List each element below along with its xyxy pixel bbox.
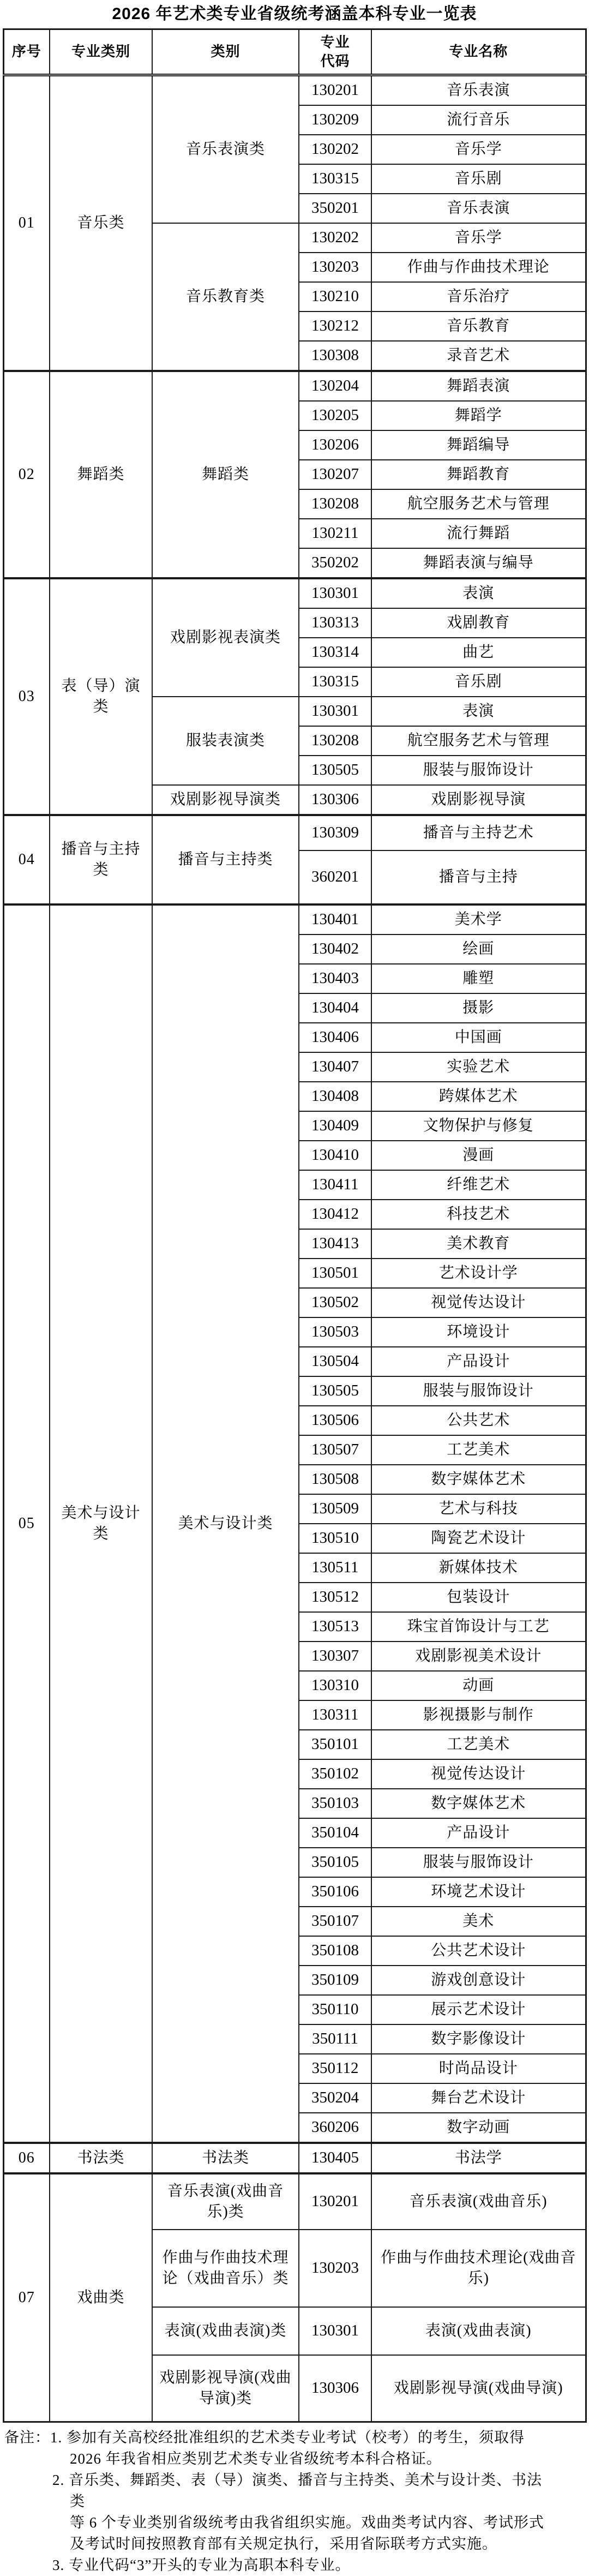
major-name-cell: 舞蹈编导 bbox=[371, 430, 586, 460]
major-code-cell: 350106 bbox=[299, 1877, 371, 1907]
major-code-cell: 130408 bbox=[299, 1082, 371, 1111]
major-code-cell: 350108 bbox=[299, 1936, 371, 1966]
major-code-cell: 350204 bbox=[299, 2083, 371, 2113]
major-name-cell: 音乐学 bbox=[371, 223, 586, 253]
major-code-cell: 130507 bbox=[299, 1435, 371, 1465]
major-name-cell: 艺术与科技 bbox=[371, 1494, 586, 1524]
major-code-cell: 130306 bbox=[299, 2355, 371, 2422]
major-name-cell: 航空服务艺术与管理 bbox=[371, 726, 586, 756]
major-code-cell: 130512 bbox=[299, 1583, 371, 1612]
major-name-cell: 音乐学 bbox=[371, 135, 586, 164]
table-body: 01音乐类音乐表演类130201音乐表演130209流行音乐130202音乐学1… bbox=[3, 75, 586, 2422]
major-name-cell: 录音艺术 bbox=[371, 341, 586, 371]
major-name-cell: 雕塑 bbox=[371, 964, 586, 993]
major-code-cell: 130511 bbox=[299, 1553, 371, 1583]
major-code-cell: 350107 bbox=[299, 1907, 371, 1936]
category-cell: 表（导）演类 bbox=[50, 578, 152, 815]
category-cell: 书法类 bbox=[50, 2143, 152, 2173]
section-index-cell: 07 bbox=[3, 2173, 50, 2422]
subcategory-cell: 作曲与作曲技术理论（戏曲音乐）类 bbox=[152, 2230, 299, 2307]
major-name-cell: 服装与服饰设计 bbox=[371, 756, 586, 785]
major-code-cell: 350109 bbox=[299, 1966, 371, 1995]
major-name-cell: 数字动画 bbox=[371, 2113, 586, 2143]
major-code-cell: 130506 bbox=[299, 1406, 371, 1435]
major-name-cell: 视觉传达设计 bbox=[371, 1288, 586, 1317]
major-code-cell: 130404 bbox=[299, 993, 371, 1023]
major-code-cell: 360201 bbox=[299, 850, 371, 904]
major-code-cell: 130309 bbox=[299, 815, 371, 850]
major-code-cell: 130505 bbox=[299, 1376, 371, 1406]
major-code-cell: 130402 bbox=[299, 934, 371, 964]
major-code-cell: 130411 bbox=[299, 1170, 371, 1200]
major-name-cell: 时尚品设计 bbox=[371, 2054, 586, 2083]
major-name-cell: 美术教育 bbox=[371, 1229, 586, 1259]
major-code-cell: 130202 bbox=[299, 135, 371, 164]
major-code-cell: 130301 bbox=[299, 578, 371, 608]
major-code-cell: 130508 bbox=[299, 1465, 371, 1494]
major-name-cell: 流行舞蹈 bbox=[371, 519, 586, 548]
table-row: 07戏曲类音乐表演(戏曲音乐)类130201音乐表演(戏曲音乐) bbox=[3, 2173, 586, 2230]
major-name-cell: 戏剧影视导演 bbox=[371, 785, 586, 815]
major-name-cell: 游戏创意设计 bbox=[371, 1966, 586, 1995]
major-code-cell: 130510 bbox=[299, 1524, 371, 1553]
subcategory-cell: 戏剧影视导演(戏曲导演)类 bbox=[152, 2355, 299, 2422]
major-name-cell: 音乐治疗 bbox=[371, 282, 586, 311]
major-name-cell: 新媒体技术 bbox=[371, 1553, 586, 1583]
page-title: 2026 年艺术类专业省级统考涵盖本科专业一览表 bbox=[0, 3, 589, 25]
major-code-cell: 130412 bbox=[299, 1200, 371, 1229]
major-name-cell: 环境设计 bbox=[371, 1317, 586, 1347]
major-code-cell: 350104 bbox=[299, 1818, 371, 1848]
major-code-cell: 130513 bbox=[299, 1612, 371, 1642]
major-code-cell: 350110 bbox=[299, 1995, 371, 2024]
major-name-cell: 舞蹈表演与编导 bbox=[371, 548, 586, 578]
note-line: 备注：1. 参加有关高校经批准组织的艺术类专业考试（校考）的考生，须取得 bbox=[3, 2427, 586, 2448]
note-line: 2. 音乐类、舞蹈类、表（导）演类、播音与主持类、美术与设计类、书法 bbox=[3, 2470, 586, 2491]
major-name-cell: 音乐表演 bbox=[371, 194, 586, 223]
section-index-cell: 04 bbox=[3, 815, 50, 904]
major-code-cell: 350111 bbox=[299, 2024, 371, 2054]
major-code-cell: 130301 bbox=[299, 2307, 371, 2355]
note-line: 类 bbox=[3, 2491, 586, 2512]
major-code-cell: 130201 bbox=[299, 2173, 371, 2230]
major-code-cell: 130413 bbox=[299, 1229, 371, 1259]
header-category: 专业类别 bbox=[50, 29, 152, 75]
major-name-cell: 作曲与作曲技术理论 bbox=[371, 253, 586, 282]
major-code-cell: 130308 bbox=[299, 341, 371, 371]
major-name-cell: 实验艺术 bbox=[371, 1052, 586, 1082]
major-code-cell: 130311 bbox=[299, 1700, 371, 1730]
major-name-cell: 数字影像设计 bbox=[371, 2024, 586, 2054]
section-index-cell: 06 bbox=[3, 2143, 50, 2173]
subcategory-cell: 戏剧影视表演类 bbox=[152, 578, 299, 697]
major-name-cell: 音乐剧 bbox=[371, 164, 586, 194]
subcategory-cell: 美术与设计类 bbox=[152, 904, 299, 2143]
major-code-cell: 130313 bbox=[299, 608, 371, 638]
major-name-cell: 美术 bbox=[371, 1907, 586, 1936]
subcategory-cell: 戏剧影视导演类 bbox=[152, 785, 299, 815]
major-name-cell: 音乐剧 bbox=[371, 667, 586, 697]
section-index-cell: 05 bbox=[3, 904, 50, 2143]
major-name-cell: 文物保护与修复 bbox=[371, 1111, 586, 1141]
major-name-cell: 工艺美术 bbox=[371, 1435, 586, 1465]
major-name-cell: 环境艺术设计 bbox=[371, 1877, 586, 1907]
subcategory-cell: 音乐表演(戏曲音乐)类 bbox=[152, 2173, 299, 2230]
subcategory-cell: 服装表演类 bbox=[152, 697, 299, 785]
table-row: 05美术与设计类美术与设计类130401美术学 bbox=[3, 904, 586, 934]
major-name-cell: 跨媒体艺术 bbox=[371, 1082, 586, 1111]
major-code-cell: 130204 bbox=[299, 371, 371, 401]
major-name-cell: 纤维艺术 bbox=[371, 1170, 586, 1200]
major-code-cell: 130212 bbox=[299, 311, 371, 341]
major-code-cell: 350101 bbox=[299, 1730, 371, 1759]
major-name-cell: 服装与服饰设计 bbox=[371, 1848, 586, 1877]
major-name-cell: 漫画 bbox=[371, 1141, 586, 1170]
header-subcategory: 类别 bbox=[152, 29, 299, 75]
major-code-cell: 130203 bbox=[299, 253, 371, 282]
major-code-cell: 130206 bbox=[299, 430, 371, 460]
major-name-cell: 表演 bbox=[371, 578, 586, 608]
major-name-cell: 流行音乐 bbox=[371, 105, 586, 135]
category-cell: 音乐类 bbox=[50, 75, 152, 372]
major-name-cell: 舞蹈表演 bbox=[371, 371, 586, 401]
note-line: 3. 专业代码“3”开头的专业为高职本科专业。 bbox=[3, 2555, 586, 2576]
major-code-cell: 130208 bbox=[299, 726, 371, 756]
major-code-cell: 130315 bbox=[299, 164, 371, 194]
header-index: 序号 bbox=[3, 29, 50, 75]
category-cell: 美术与设计类 bbox=[50, 904, 152, 2143]
major-name-cell: 公共艺术设计 bbox=[371, 1936, 586, 1966]
major-code-cell: 130307 bbox=[299, 1642, 371, 1671]
table-header-row: 序号 专业类别 类别 专业 代码 专业名称 bbox=[3, 29, 586, 75]
subcategory-cell: 表演(戏曲表演)类 bbox=[152, 2307, 299, 2355]
note-line: 2026 年我省相应类别艺术类专业省级统考本科合格证。 bbox=[3, 2448, 586, 2470]
major-code-cell: 130207 bbox=[299, 460, 371, 489]
major-name-cell: 工艺美术 bbox=[371, 1730, 586, 1759]
major-name-cell: 中国画 bbox=[371, 1023, 586, 1052]
header-code: 专业 代码 bbox=[299, 29, 371, 75]
major-code-cell: 130202 bbox=[299, 223, 371, 253]
major-code-cell: 130210 bbox=[299, 282, 371, 311]
major-code-cell: 130203 bbox=[299, 2230, 371, 2307]
major-name-cell: 书法学 bbox=[371, 2143, 586, 2173]
document-page: 2026 年艺术类专业省级统考涵盖本科专业一览表 序号 专业类别 类别 专业 代… bbox=[0, 0, 589, 2576]
major-name-cell: 产品设计 bbox=[371, 1347, 586, 1376]
major-code-cell: 130310 bbox=[299, 1671, 371, 1700]
major-code-cell: 130211 bbox=[299, 519, 371, 548]
major-name-cell: 绘画 bbox=[371, 934, 586, 964]
major-code-cell: 350102 bbox=[299, 1759, 371, 1789]
major-name-cell: 音乐表演 bbox=[371, 75, 586, 106]
major-name-cell: 美术学 bbox=[371, 904, 586, 934]
major-code-cell: 130403 bbox=[299, 964, 371, 993]
major-code-cell: 130501 bbox=[299, 1259, 371, 1288]
major-code-cell: 130306 bbox=[299, 785, 371, 815]
major-name-cell: 产品设计 bbox=[371, 1818, 586, 1848]
table-row: 03表（导）演类戏剧影视表演类130301表演 bbox=[3, 578, 586, 608]
table-row: 06书法类书法类130405书法学 bbox=[3, 2143, 586, 2173]
major-name-cell: 播音与主持 bbox=[371, 850, 586, 904]
major-code-cell: 130509 bbox=[299, 1494, 371, 1524]
table-row: 02舞蹈类舞蹈类130204舞蹈表演 bbox=[3, 371, 586, 401]
subcategory-cell: 音乐表演类 bbox=[152, 75, 299, 224]
major-code-cell: 130208 bbox=[299, 489, 371, 519]
major-name-cell: 表演(戏曲表演) bbox=[371, 2307, 586, 2355]
section-index-cell: 03 bbox=[3, 578, 50, 815]
major-name-cell: 服装与服饰设计 bbox=[371, 1376, 586, 1406]
major-name-cell: 舞蹈学 bbox=[371, 401, 586, 430]
major-code-cell: 130410 bbox=[299, 1141, 371, 1170]
category-cell: 舞蹈类 bbox=[50, 371, 152, 578]
table-row: 01音乐类音乐表演类130201音乐表演 bbox=[3, 75, 586, 106]
major-name-cell: 音乐教育 bbox=[371, 311, 586, 341]
major-name-cell: 珠宝首饰设计与工艺 bbox=[371, 1612, 586, 1642]
major-code-cell: 350201 bbox=[299, 194, 371, 223]
note-line: 等 6 个专业类别省级统考由我省组织实施。戏曲类考试内容、考试形式 bbox=[3, 2512, 586, 2533]
major-name-cell: 公共艺术 bbox=[371, 1406, 586, 1435]
major-name-cell: 数字媒体艺术 bbox=[371, 1789, 586, 1818]
section-index-cell: 01 bbox=[3, 75, 50, 372]
header-name: 专业名称 bbox=[371, 29, 586, 75]
major-code-cell: 130205 bbox=[299, 401, 371, 430]
subcategory-cell: 书法类 bbox=[152, 2143, 299, 2173]
major-code-cell: 130314 bbox=[299, 638, 371, 667]
major-code-cell: 130502 bbox=[299, 1288, 371, 1317]
major-name-cell: 视觉传达设计 bbox=[371, 1759, 586, 1789]
subcategory-cell: 舞蹈类 bbox=[152, 371, 299, 578]
major-name-cell: 展示艺术设计 bbox=[371, 1995, 586, 2024]
major-code-cell: 130504 bbox=[299, 1347, 371, 1376]
major-code-cell: 130409 bbox=[299, 1111, 371, 1141]
major-code-cell: 130301 bbox=[299, 697, 371, 726]
major-code-cell: 130315 bbox=[299, 667, 371, 697]
major-name-cell: 摄影 bbox=[371, 993, 586, 1023]
major-name-cell: 舞台艺术设计 bbox=[371, 2083, 586, 2113]
table-row: 04播音与主持类播音与主持类130309播音与主持艺术 bbox=[3, 815, 586, 850]
major-name-cell: 作曲与作曲技术理论(戏曲音乐) bbox=[371, 2230, 586, 2307]
major-name-cell: 数字媒体艺术 bbox=[371, 1465, 586, 1494]
major-code-cell: 350202 bbox=[299, 548, 371, 578]
major-code-cell: 350103 bbox=[299, 1789, 371, 1818]
major-name-cell: 动画 bbox=[371, 1671, 586, 1700]
majors-table: 序号 专业类别 类别 专业 代码 专业名称 01音乐类音乐表演类130201音乐… bbox=[3, 28, 587, 2423]
subcategory-cell: 播音与主持类 bbox=[152, 815, 299, 904]
major-code-cell: 130407 bbox=[299, 1052, 371, 1082]
notes: 备注：1. 参加有关高校经批准组织的艺术类专业考试（校考）的考生，须取得2026… bbox=[3, 2427, 586, 2576]
major-code-cell: 130505 bbox=[299, 756, 371, 785]
note-line: 及考试时间按照教育部有关规定执行，采用省际联考方式实施。 bbox=[3, 2533, 586, 2555]
major-name-cell: 航空服务艺术与管理 bbox=[371, 489, 586, 519]
major-name-cell: 戏剧影视美术设计 bbox=[371, 1642, 586, 1671]
major-name-cell: 艺术设计学 bbox=[371, 1259, 586, 1288]
major-name-cell: 舞蹈教育 bbox=[371, 460, 586, 489]
major-code-cell: 350105 bbox=[299, 1848, 371, 1877]
category-cell: 戏曲类 bbox=[50, 2173, 152, 2422]
major-name-cell: 包装设计 bbox=[371, 1583, 586, 1612]
major-name-cell: 戏剧教育 bbox=[371, 608, 586, 638]
major-code-cell: 130405 bbox=[299, 2143, 371, 2173]
major-code-cell: 130401 bbox=[299, 904, 371, 934]
section-index-cell: 02 bbox=[3, 371, 50, 578]
major-name-cell: 影视摄影与制作 bbox=[371, 1700, 586, 1730]
major-name-cell: 陶瓷艺术设计 bbox=[371, 1524, 586, 1553]
major-name-cell: 科技艺术 bbox=[371, 1200, 586, 1229]
subcategory-cell: 音乐教育类 bbox=[152, 223, 299, 371]
major-name-cell: 表演 bbox=[371, 697, 586, 726]
major-code-cell: 130201 bbox=[299, 75, 371, 106]
category-cell: 播音与主持类 bbox=[50, 815, 152, 904]
major-name-cell: 曲艺 bbox=[371, 638, 586, 667]
major-code-cell: 130209 bbox=[299, 105, 371, 135]
major-code-cell: 360206 bbox=[299, 2113, 371, 2143]
major-code-cell: 350112 bbox=[299, 2054, 371, 2083]
major-code-cell: 130406 bbox=[299, 1023, 371, 1052]
major-name-cell: 音乐表演(戏曲音乐) bbox=[371, 2173, 586, 2230]
major-name-cell: 播音与主持艺术 bbox=[371, 815, 586, 850]
major-code-cell: 130503 bbox=[299, 1317, 371, 1347]
major-name-cell: 戏剧影视导演(戏曲导演) bbox=[371, 2355, 586, 2422]
